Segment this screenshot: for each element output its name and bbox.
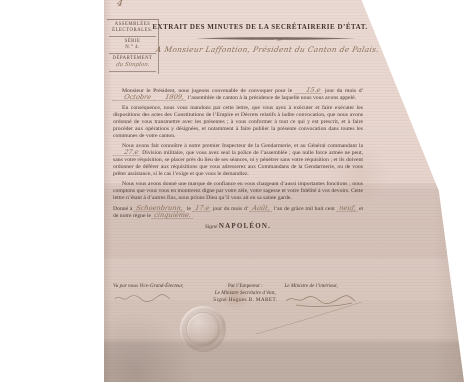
par-empereur-label: Par l’Empereur : bbox=[206, 283, 284, 290]
handwritten-month: Octobre bbox=[112, 95, 153, 101]
vice-grand-electeur-block: Vu par nous Vice-Grand-Électeur, bbox=[113, 283, 206, 308]
stamp-departement-handwritten: du Simplon. bbox=[115, 62, 149, 68]
handwritten-regne: cinquième. bbox=[152, 213, 194, 219]
address-line-handwritten: A Monsieur Laffontion, Président du Cant… bbox=[155, 45, 397, 54]
napoleon-name: NAPOLÉON. bbox=[219, 222, 271, 230]
handwritten-day: 15.e bbox=[294, 88, 322, 94]
signature-paraph-stroke bbox=[254, 300, 366, 336]
body-text: l’assemblée de canton à la présidence de… bbox=[188, 95, 356, 101]
dateline: Donné à Schoenbrunn, le 17.e jour du moi… bbox=[113, 206, 363, 220]
page-number-mark: 4 bbox=[116, 0, 123, 9]
body-text: jour du mois d’ bbox=[213, 206, 248, 212]
body-text: Donné à bbox=[113, 206, 132, 212]
body-text: Division militaire, que vous avez seul l… bbox=[113, 150, 363, 177]
stamp-divider bbox=[109, 71, 156, 72]
embossed-seal bbox=[180, 306, 226, 352]
handwritten-year: 1809, bbox=[154, 95, 187, 101]
ministre-secretaire-label: Le Ministre Secrétaire d’état, bbox=[206, 290, 284, 297]
stamp-divider bbox=[109, 36, 156, 37]
handwritten-division: 27.e bbox=[112, 150, 140, 156]
paragraph-convocation: Monsieur le Président, nous jugeons conv… bbox=[113, 88, 363, 102]
handwritten-date-day: 17.e bbox=[192, 206, 211, 212]
napoleon-signature-line: Signé NAPOLÉON. bbox=[113, 223, 363, 231]
body-text: Nous avons fait connoître à notre premie… bbox=[122, 143, 363, 149]
handwritten-date-year: neuf, bbox=[336, 206, 358, 212]
signature-vice-grand-electeur bbox=[113, 292, 173, 304]
embossed-seal-inner-ring bbox=[186, 312, 220, 346]
photo-frame: 4 ASSEMBLÉES ÉLECTORALES. SÉRIE N.° 4. D… bbox=[0, 0, 468, 382]
signe-label: Signé bbox=[205, 224, 218, 230]
handwritten-date-month: Août, bbox=[250, 206, 273, 212]
body-text: l’an de grâce mil huit cent bbox=[274, 206, 335, 212]
document-title: EXTRAIT DES MINUTES DE LA SECRÉTAIRERIE … bbox=[144, 23, 376, 31]
ministre-interieur-label: Le Ministre de l’intérieur, bbox=[284, 283, 365, 290]
title-flourish bbox=[196, 36, 356, 41]
document-body: Monsieur le Président, nous jugeons conv… bbox=[113, 88, 363, 234]
stamp-serie-number: N.° 4. bbox=[107, 45, 158, 51]
document-paper: 4 ASSEMBLÉES ÉLECTORALES. SÉRIE N.° 4. D… bbox=[104, 0, 464, 382]
vice-grand-electeur-label: Vu par nous Vice-Grand-Électeur, bbox=[113, 283, 206, 290]
paragraph-gendarmerie: Nous avons fait connoître à notre premie… bbox=[113, 143, 363, 178]
paragraph-confiance: Nous vous avons donné une marque de conf… bbox=[113, 181, 363, 202]
paragraph-consequence: En conséquence, nous vous mandons par ce… bbox=[113, 105, 363, 140]
body-text: jour du mois d’ bbox=[325, 88, 363, 94]
stamp-divider bbox=[109, 53, 156, 54]
